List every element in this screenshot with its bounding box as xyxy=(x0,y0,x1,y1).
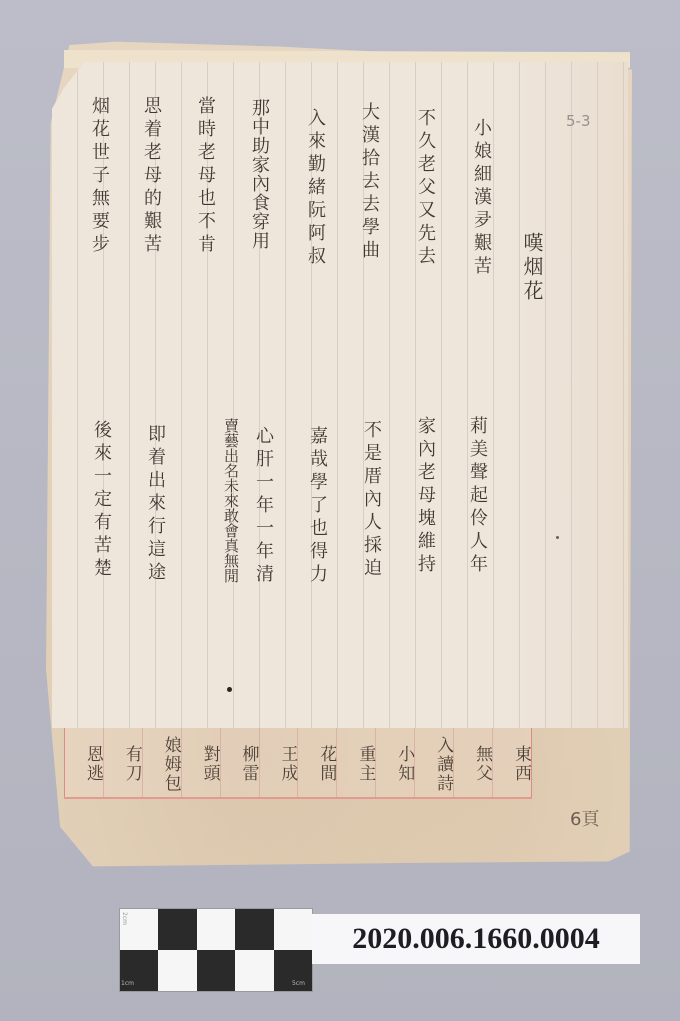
scale-label-bottom-left: 1cm xyxy=(121,980,134,987)
verse-column: 心肝一年一年清 xyxy=(252,426,274,587)
scale-square xyxy=(274,909,312,950)
verse-column: 那中助家內食穿用 xyxy=(248,98,270,250)
grid-cell: 柳雷 xyxy=(220,724,259,798)
verse-column: 烟花世子無要步 xyxy=(88,96,110,257)
verse-column: 賣藝出名未來敢會真無閒 xyxy=(196,418,240,608)
red-grid-band: 東西 無父 入讀詩 小知 重主 花間 王成 柳雷 對頭 娘姆包 有刀 恩逃 xyxy=(64,724,532,799)
catalog-number-label: 2020.006.1660.0004 xyxy=(312,914,640,964)
verse-column: 不久老父又先去 xyxy=(414,108,436,269)
ink-spot xyxy=(227,687,232,692)
scale-square xyxy=(197,950,235,991)
page-number: 6頁 xyxy=(570,805,599,831)
grid-cell: 小知 xyxy=(375,724,414,798)
verse-column: 不是厝內人採迫 xyxy=(360,420,382,581)
grid-cell: 無父 xyxy=(453,724,492,798)
verse-column: 家內老母塊維持 xyxy=(414,416,436,577)
verse-column: 當時老母也不肯 xyxy=(194,96,216,257)
verse-column: 即着出來行這途 xyxy=(144,424,166,585)
verse-column: 思着老母的艱苦 xyxy=(140,96,162,257)
front-sheet xyxy=(52,62,628,728)
verse-column: 嘉哉學了也得力 xyxy=(306,426,328,587)
verse-column: 小娘細漢夛艱苦 xyxy=(470,118,492,279)
poem-title: 嘆烟花 xyxy=(518,232,547,304)
scale-square xyxy=(235,950,273,991)
grid-cell: 東西 xyxy=(492,724,531,798)
grid-cell: 王成 xyxy=(259,724,298,798)
grid-cell: 恩逃 xyxy=(65,724,103,798)
scale-square xyxy=(158,909,196,950)
grid-cell: 有刀 xyxy=(103,724,142,798)
verse-column: 莉美聲起伶人年 xyxy=(466,416,488,577)
grid-cell: 娘姆包 xyxy=(142,724,181,798)
verse-column: 大漢拾去去學曲 xyxy=(358,102,380,263)
scale-label-bottom-right: 5cm xyxy=(292,980,305,987)
scale-label-top: 2cm xyxy=(121,912,128,925)
reference-mark: 5-3 xyxy=(566,112,591,130)
grid-cell: 對頭 xyxy=(181,724,220,798)
grid-cell: 重主 xyxy=(336,724,375,798)
grid-cell: 入讀詩 xyxy=(414,724,453,798)
ink-spot xyxy=(556,536,559,539)
scale-square xyxy=(197,909,235,950)
grid-cell: 花間 xyxy=(297,724,336,798)
scale-square xyxy=(158,950,196,991)
red-rule-line xyxy=(64,797,532,799)
verse-column: 後來一定有苦楚 xyxy=(90,420,112,581)
color-scale-bar xyxy=(119,908,313,992)
scale-square xyxy=(235,909,273,950)
verse-column: 入來勤緒阮阿叔 xyxy=(304,108,326,269)
paper-stain xyxy=(508,62,628,728)
